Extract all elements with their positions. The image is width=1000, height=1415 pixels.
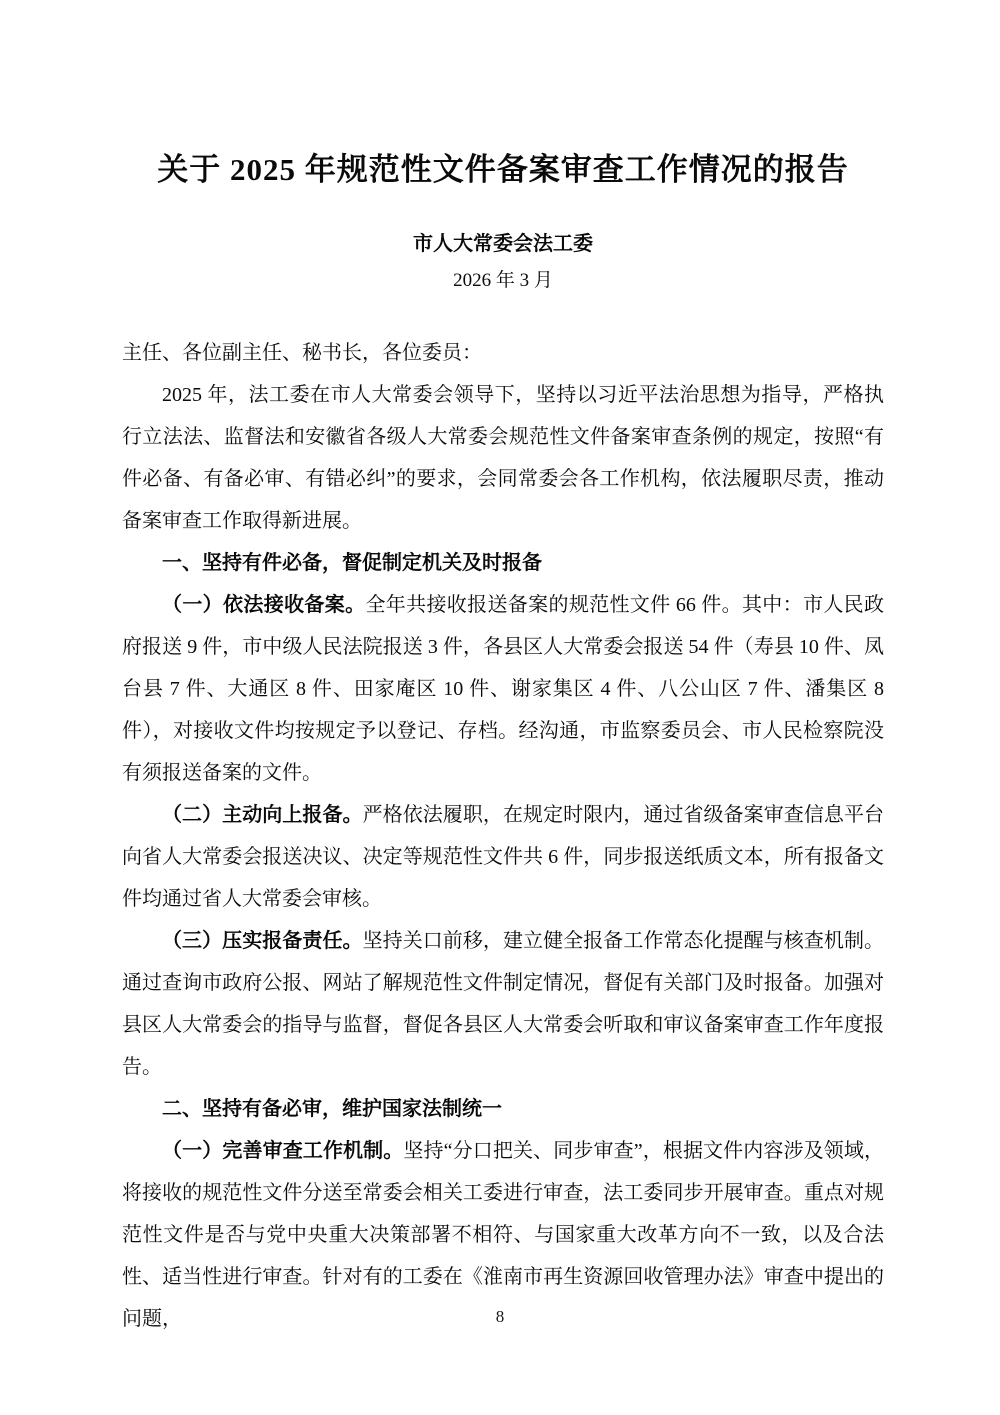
section-1-paragraph-1-lead: （一）依法接收备案。	[162, 594, 365, 616]
intro-paragraph: 2025 年，法工委在市人大常委会领导下，坚持以习近平法治思想为指导，严格执行立…	[122, 374, 884, 542]
section-1-paragraph-3-text: 坚持关口前移，建立健全报备工作常态化提醒与核查机制。通过查询市政府公报、网站了解…	[122, 930, 884, 1078]
document-page: 关于 2025 年规范性文件备案审查工作情况的报告 市人大常委会法工委 2026…	[0, 0, 1000, 1415]
section-1-paragraph-1: （一）依法接收备案。全年共接收报送备案的规范性文件 66 件。其中：市人民政府报…	[122, 584, 884, 794]
section-1-paragraph-3-lead: （三）压实报备责任。	[162, 930, 363, 952]
section-1-heading: 一、坚持有件必备，督促制定机关及时报备	[122, 542, 884, 584]
page-number: 8	[0, 1305, 1000, 1329]
document-author: 市人大常委会法工委	[122, 230, 884, 258]
section-1-paragraph-3: （三）压实报备责任。坚持关口前移，建立健全报备工作常态化提醒与核查机制。通过查询…	[122, 920, 884, 1088]
section-2-heading: 二、坚持有备必审，维护国家法制统一	[122, 1088, 884, 1130]
section-1-paragraph-2: （二）主动向上报备。严格依法履职，在规定时限内，通过省级备案审查信息平台向省人大…	[122, 794, 884, 920]
section-1-paragraph-2-lead: （二）主动向上报备。	[162, 804, 363, 826]
document-content: 关于 2025 年规范性文件备案审查工作情况的报告 市人大常委会法工委 2026…	[122, 150, 884, 1340]
document-title: 关于 2025 年规范性文件备案审查工作情况的报告	[122, 150, 884, 190]
section-2-paragraph-1-lead: （一）完善审查工作机制。	[162, 1140, 403, 1162]
document-date: 2026 年 3 月	[122, 268, 884, 294]
section-2-paragraph-1-text: 坚持“分口把关、同步审查”，根据文件内容涉及领域，将接收的规范性文件分送至常委会…	[122, 1140, 884, 1330]
document-body: 主任、各位副主任、秘书长，各位委员： 2025 年，法工委在市人大常委会领导下，…	[122, 332, 884, 1340]
salutation: 主任、各位副主任、秘书长，各位委员：	[122, 332, 884, 374]
section-1-paragraph-1-text: 全年共接收报送备案的规范性文件 66 件。其中：市人民政府报送 9 件，市中级人…	[122, 594, 884, 784]
